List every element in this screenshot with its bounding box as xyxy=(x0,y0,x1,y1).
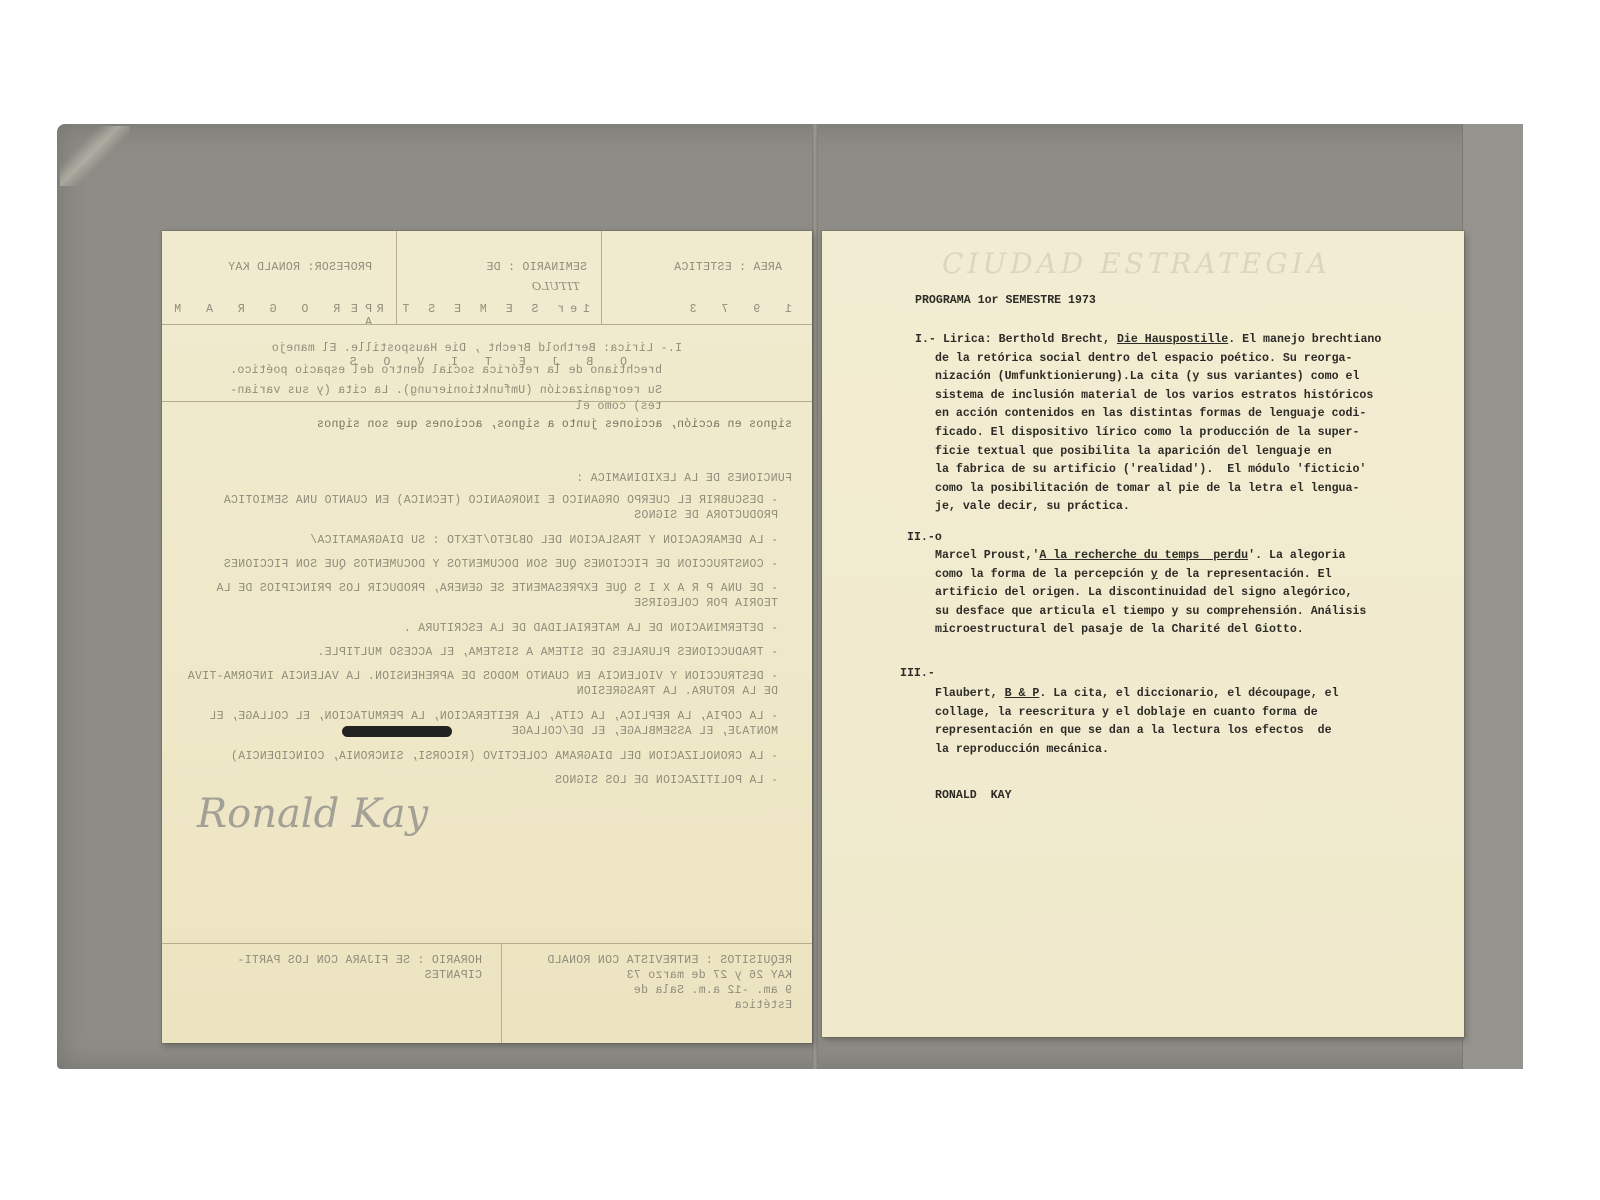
footer-line: REQUISITOS : ENTREVISTA CON RONALD xyxy=(502,953,792,968)
funciones-title: FUNCIONES DE LA LEXIDINAMICA : xyxy=(182,471,792,486)
footer-line: HORARIO : SE FIJARA CON LOS PARTI- xyxy=(182,953,482,968)
footer-horario: HORARIO : SE FIJARA CON LOS PARTI-CIPANT… xyxy=(182,953,482,983)
section-line: Marcel Proust,'A la recherche du temps p… xyxy=(935,547,1346,566)
right-page: CIUDAD ESTRATEGIA PROGRAMA 1or SEMESTRE … xyxy=(822,231,1464,1037)
section-line: Lirica: Berthold Brecht, Die Hauspostill… xyxy=(943,331,1381,350)
footer-rule xyxy=(162,943,812,944)
folder-spine xyxy=(812,124,818,1069)
funciones-item: - LA DEMARCACION Y TRASLACION DEL OBJETO… xyxy=(182,533,792,548)
section-line: como la posibilitación de tomar al pie d… xyxy=(935,480,1359,499)
underlined-title: B & P xyxy=(1005,687,1040,700)
intro-line: Su reorganización (Umfunktionierung). La… xyxy=(182,383,662,398)
footer-line: Estética xyxy=(502,998,792,1013)
section-line: su desface que articula el tiempo y su c… xyxy=(935,603,1366,622)
header-seminario: SEMINARIO : DE xyxy=(486,261,587,274)
program-title: PROGRAMA 1or SEMESTRE 1973 xyxy=(915,292,1096,311)
funciones-item: - CONSTRUCCION DE FICCIONES QUE SON DOCU… xyxy=(182,557,792,572)
section-rule xyxy=(162,401,812,402)
section-numeral: III.- xyxy=(900,665,935,684)
section-line: como la forma de la percepción y de la r… xyxy=(935,566,1332,585)
folder-corner-crease xyxy=(60,126,130,186)
funciones-item: - LA POLITIZACION DE LOS SIGNOS xyxy=(182,773,792,788)
section-line: de la retórica social dentro del espacio… xyxy=(935,350,1352,369)
funciones-item: - DESCUBRIR EL CUERPO ORGANICO E INORGAN… xyxy=(182,493,792,523)
funciones-item: - DETERMINACION DE LA MATERIALIDAD DE LA… xyxy=(182,621,792,636)
section-line: Flaubert, B & P. La cita, el diccionario… xyxy=(935,685,1339,704)
section-line: representación en que se dan a la lectur… xyxy=(935,722,1332,741)
header-seminario-handwritten: TITULO xyxy=(532,279,580,293)
funciones-item: - TRADUCCIONES PLURALES DE SITEMA A SIST… xyxy=(182,645,792,660)
underlined-title: Die Hauspostille xyxy=(1117,333,1228,346)
intro-line: I.- Lirica: Berthold Brecht , Die Hauspo… xyxy=(182,341,682,356)
section-line: je, vale decir, su práctica. xyxy=(935,498,1130,517)
section-line: en acción contenidos en las distintas fo… xyxy=(935,405,1366,424)
funciones-item: - DE UNA P R A X I S QUE EXPRESAMENTE SE… xyxy=(182,581,792,611)
section-line: ficie textual que posibilita la aparició… xyxy=(935,443,1332,462)
redaction-mark xyxy=(342,726,452,737)
section-line: microestructural del pasaje de la Charit… xyxy=(935,621,1304,640)
intro-line: brechtiano de la retórica social dentro … xyxy=(182,363,662,378)
header-profesor: PROFESOR: RONALD KAY xyxy=(228,261,372,274)
section-line: la fabrica de su artificio ('realidad').… xyxy=(935,461,1366,480)
section-numeral: I.- xyxy=(915,331,936,350)
section-line: artificio del origen. La discontinuidad … xyxy=(935,584,1352,603)
header-divider xyxy=(601,231,602,324)
typed-signature: RONALD KAY xyxy=(935,787,1012,806)
folder-flap xyxy=(1462,124,1523,1069)
handwritten-signature: Ronald Kay xyxy=(197,791,428,837)
section-numeral: II.-o xyxy=(907,529,942,548)
funciones-item: - LA COPIA, LA REPLICA, LA CITA, LA REIT… xyxy=(182,709,792,739)
footer-line: 9 am. -12 a.m. Sala de xyxy=(502,983,792,998)
header-programa: P R O G R A M A xyxy=(162,303,372,329)
section-line: nización (Umfunktionierung).La cita (y s… xyxy=(935,368,1359,387)
header-area: AREA : ESTETICA xyxy=(674,261,782,274)
funciones-item: - DESTRUCCION Y VIOLENCIA EN CUANTO MODO… xyxy=(182,669,792,699)
section-line: sistema de inclusión material de los var… xyxy=(935,387,1373,406)
footer-line: CIPANTES xyxy=(182,968,482,983)
header-rule xyxy=(162,324,812,325)
funciones-item: - LA CRONOLIZACION DEL DIAGRAMA COLECTIV… xyxy=(182,749,792,764)
section-line: la reproducción mecánica. xyxy=(935,741,1109,760)
underlined-title: A la recherche du temps perdu xyxy=(1039,549,1248,562)
footer-requisitos: REQUISITOS : ENTREVISTA CON RONALDKAY 26… xyxy=(502,953,792,1013)
section-line: collage, la reescritura y el doblaje en … xyxy=(935,704,1318,723)
left-page: AREA : ESTETICA SEMINARIO : DE TITULO PR… xyxy=(162,231,812,1043)
header-semestre: 1er S E M E S T R E xyxy=(345,303,590,316)
underlined-title: y xyxy=(1151,568,1158,581)
signos-line: signos en acción, acciones junto a signo… xyxy=(182,417,792,432)
left-page-mirrored-content: AREA : ESTETICA SEMINARIO : DE TITULO PR… xyxy=(162,231,812,1043)
bleed-through-heading: CIUDAD ESTRATEGIA xyxy=(942,247,1331,280)
header-year: 1 9 7 3 xyxy=(681,303,792,316)
section-line: ficado. El dispositivo lírico como la pr… xyxy=(935,424,1359,443)
footer-line: KAY 26 y 27 de marzo 73 xyxy=(502,968,792,983)
